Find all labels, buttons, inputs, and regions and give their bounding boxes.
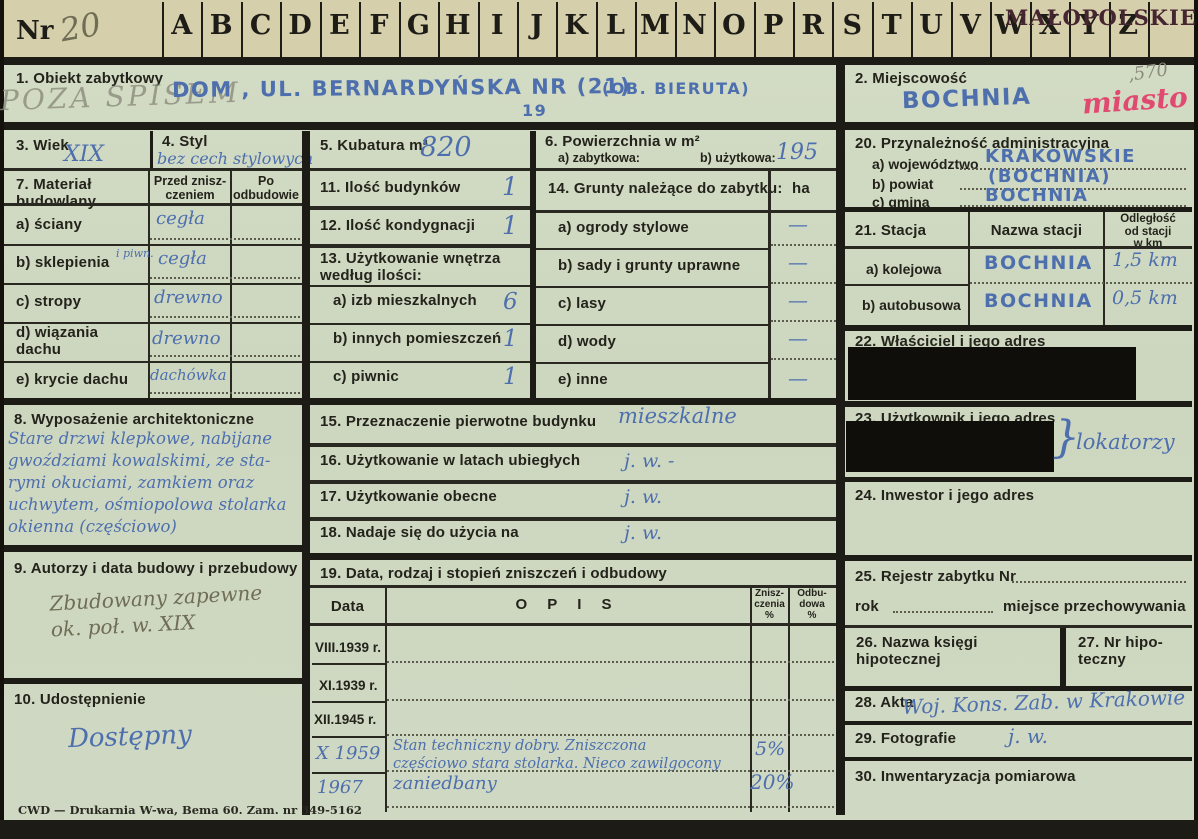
field-14b-value: —	[788, 250, 808, 274]
dotted-line	[150, 355, 300, 357]
field-19-label: 19. Data, rodzaj i stopień zniszczeń i o…	[320, 565, 667, 582]
field-12-value: 1	[502, 211, 518, 240]
dotted-line	[771, 244, 836, 246]
divider	[845, 207, 1192, 212]
dotted-line	[387, 806, 834, 808]
divider	[1060, 628, 1066, 688]
field-29-value: j. w.	[1008, 724, 1048, 748]
field-7a-before: cegła	[156, 208, 205, 229]
divider	[768, 170, 771, 398]
field-20b-value: (BOCHNIA)	[988, 166, 1111, 187]
field-21b-name: BOCHNIA	[984, 290, 1093, 312]
divider	[845, 757, 1192, 761]
dotted-line	[1012, 581, 1186, 583]
dotted-line	[771, 320, 836, 322]
field-14e-label: e) inne	[558, 371, 608, 388]
field-24-label: 24. Inwestor i jego adres	[855, 487, 1034, 504]
field-4-label: 4. Styl	[162, 133, 208, 150]
field-6-label: 6. Powierzchnia w m²	[545, 133, 700, 150]
alphabet-tab-f: F	[359, 10, 398, 41]
field-14d-label: d) wody	[558, 333, 616, 350]
alphabet-tab-c: C	[241, 10, 280, 41]
field-19-row4-pct: 5%	[755, 738, 785, 760]
field-6a-label: a) zabytkowa:	[558, 151, 640, 165]
field-7b-label: b) sklepienia	[16, 254, 109, 271]
field-19-col-data: Data	[312, 598, 383, 615]
divider	[845, 284, 968, 286]
field-19-row2-date: XI.1939 r.	[319, 678, 378, 693]
field-14-label: 14. Grunty należące do zabytku:	[548, 180, 783, 197]
field-25-label: 25. Rejestr zabytku Nr	[855, 568, 1016, 585]
divider	[310, 206, 530, 210]
field-30-label: 30. Inwentaryzacja pomiarowa	[855, 768, 1076, 785]
divider	[836, 64, 845, 815]
dotted-line	[387, 734, 834, 736]
field-14a-label: a) ogrody stylowe	[558, 219, 689, 236]
divider	[310, 480, 836, 484]
field-14e-value: —	[788, 366, 808, 390]
field-19-row5-date: 1967	[317, 777, 363, 798]
alphabet-tab-m: M	[635, 10, 674, 41]
field-20a-value: KRAKOWSKIE	[985, 146, 1136, 167]
divider	[310, 443, 836, 447]
field-18-label: 18. Nadaje się do użycia na	[320, 524, 519, 541]
field-10-value: Dostępny	[68, 720, 193, 754]
field-25-miejsce-label: miejsce przechowywania	[1003, 598, 1186, 615]
scan-bottom-band	[0, 820, 1198, 839]
divider	[536, 286, 768, 288]
alphabet-tab-e: E	[320, 10, 359, 41]
divider	[302, 553, 836, 560]
divider	[845, 325, 1192, 331]
dotted-line	[150, 392, 300, 394]
field-26-label: 26. Nazwa księgi hipotecznej	[856, 634, 1051, 668]
field-13b-label: b) innych pomieszczeń	[333, 330, 501, 347]
field-14c-label: c) lasy	[558, 295, 606, 312]
divider	[312, 736, 385, 738]
field-19-row1-date: VIII.1939 r.	[315, 640, 381, 655]
divider	[536, 324, 768, 326]
divider	[845, 477, 1192, 482]
divider	[1103, 212, 1105, 325]
dotted-line	[150, 277, 300, 279]
redaction-box-user	[846, 421, 1054, 472]
alphabet-tab-i: I	[478, 10, 517, 41]
alphabet-tab-r: R	[793, 10, 832, 41]
field-17-label: 17. Użytkowanie obecne	[320, 488, 497, 505]
dotted-line	[771, 282, 836, 284]
alphabet-tab-n: N	[675, 10, 714, 41]
alphabet-tab-j: J	[517, 10, 556, 41]
divider	[312, 663, 385, 665]
dotted-line	[150, 316, 300, 318]
field-7-col-after: Po odbudowie	[232, 174, 300, 202]
field-15-value: mieszkalne	[618, 404, 737, 428]
field-14b-label: b) sady i grunty uprawne	[558, 257, 740, 274]
field-21a-name: BOCHNIA	[984, 252, 1093, 274]
field-1-value-alt: 19	[522, 101, 547, 120]
field-8-value: Stare drzwi klepkowe, nabijane gwoździam…	[8, 428, 300, 538]
alphabet-tab-d: D	[280, 10, 319, 41]
field-14d-value: —	[788, 326, 808, 350]
field-7c-before: drewno	[154, 287, 223, 308]
field-25-rok-label: rok	[855, 598, 879, 615]
printer-imprint: CWD — Drukarnia W-wa, Bema 60. Zam. nr 3…	[18, 803, 362, 817]
divider	[845, 401, 1192, 407]
field-7e-label: e) krycie dachu	[16, 371, 128, 388]
divider	[530, 131, 536, 400]
field-6b-label: b) użytkowa:	[700, 151, 776, 165]
alphabet-index-tabs: ABCDEFGHIJKLMNOPRSTUVWXYZ	[162, 2, 1152, 57]
field-20b-label: b) powiat	[872, 176, 933, 192]
scanned-monument-record-card: Nr 20 ABCDEFGHIJKLMNOPRSTUVWXYZ MAŁOPOLS…	[0, 0, 1198, 839]
field-27-label: 27. Nr hipo- teczny	[1078, 634, 1163, 668]
field-3-value: XIX	[64, 142, 104, 167]
field-14c-value: —	[788, 288, 808, 312]
field-19-row3-date: XII.1945 r.	[314, 712, 376, 727]
alphabet-tab-u: U	[911, 10, 950, 41]
alphabet-tab-t: T	[872, 10, 911, 41]
divider	[4, 361, 302, 363]
divider	[310, 244, 530, 248]
field-21a-label: a) kolejowa	[866, 261, 941, 277]
field-19-row4-date: X 1959	[316, 743, 380, 764]
field-13b-value: 1	[503, 326, 518, 352]
field-14a-value: —	[788, 212, 808, 236]
field-19-row5-pct: 20%	[750, 770, 794, 794]
field-21a-dist: 1,5 km	[1112, 249, 1178, 271]
field-2-label: 2. Miejscowość	[855, 70, 967, 87]
field-19-row5-desc: zaniedbany	[393, 773, 497, 794]
field-11-value: 1	[502, 172, 518, 201]
field-16-label: 16. Użytkowanie w latach ubiegłych	[320, 452, 580, 469]
divider	[310, 323, 530, 325]
nr-value-handwritten: 20	[57, 5, 104, 49]
field-7e-before: dachówka	[150, 366, 227, 384]
alphabet-tab-b: B	[201, 10, 240, 41]
field-13c-label: c) piwnic	[333, 368, 399, 385]
divider	[845, 555, 1192, 561]
field-19-col-zniszczenia: Znisz- czenia %	[751, 588, 788, 621]
field-17-value: j. w.	[624, 486, 662, 508]
divider	[4, 168, 302, 171]
divider	[536, 248, 768, 250]
divider	[302, 131, 310, 815]
field-4-value: bez cech stylowych	[157, 149, 313, 168]
divider	[310, 517, 836, 521]
alphabet-tab-o: O	[714, 10, 753, 41]
divider	[310, 168, 530, 171]
field-20c-value: BOCHNIA	[985, 185, 1089, 206]
field-5-value: 820	[420, 132, 472, 163]
divider	[845, 625, 1192, 628]
divider	[4, 203, 302, 206]
voivodeship-stamp: MAŁOPOLSKIE	[1005, 5, 1197, 30]
divider	[310, 623, 836, 626]
field-2-value: BOCHNIA	[902, 84, 1032, 114]
divider	[4, 122, 1194, 130]
field-1-value-note: (OB. BIERUTA)	[602, 79, 750, 98]
field-1-value: DOM , UL. BERNARDYŃSKA NR (21)	[172, 74, 631, 102]
field-19-row4-desc: Stan techniczny dobry. Zniszczona części…	[393, 737, 753, 773]
divider	[310, 285, 530, 287]
field-7d-before: drewno	[152, 328, 221, 349]
alphabet-tab-p: P	[754, 10, 793, 41]
divider	[150, 131, 153, 168]
field-21-col-name: Nazwa stacji	[970, 222, 1103, 239]
field-3-label: 3. Wiek	[16, 137, 69, 154]
field-7c-label: c) stropy	[16, 293, 81, 310]
divider	[312, 772, 385, 774]
divider	[4, 283, 302, 285]
alphabet-tab-k: K	[556, 10, 595, 41]
divider	[310, 361, 530, 363]
dotted-line	[387, 699, 834, 701]
field-7-col-before: Przed znisz- czeniem	[150, 174, 230, 202]
nr-label: Nr	[16, 16, 53, 46]
dotted-line	[970, 282, 1192, 284]
field-7a-label: a) ściany	[16, 216, 82, 233]
alphabet-tab-h: H	[438, 10, 477, 41]
divider	[968, 212, 970, 325]
alphabet-tab-l: L	[596, 10, 635, 41]
redaction-box-owner	[848, 347, 1136, 400]
divider	[4, 244, 302, 246]
alphabet-tab-v: V	[951, 10, 990, 41]
field-7b-note: i piwn.	[116, 247, 154, 260]
field-21b-dist: 0,5 km	[1112, 287, 1178, 309]
field-21-label: 21. Stacja	[855, 222, 926, 239]
field-5-label: 5. Kubatura m³	[320, 137, 428, 154]
dotted-line	[150, 238, 300, 240]
divider	[4, 545, 302, 552]
alphabet-tab-g: G	[399, 10, 438, 41]
alphabet-tab-s: S	[832, 10, 871, 41]
dotted-line	[771, 358, 836, 360]
field-13a-value: 6	[503, 289, 518, 315]
field-29-label: 29. Fotografie	[855, 730, 956, 747]
divider	[536, 362, 768, 364]
field-13a-label: a) izb mieszkalnych	[333, 292, 477, 309]
field-18-value: j. w.	[624, 522, 662, 544]
alphabet-tab-a: A	[162, 10, 201, 41]
field-13-label: 13. Użytkowanie wnętrza według ilości:	[320, 250, 501, 284]
field-19-col-odbudowa: Odbu- dowa %	[790, 588, 834, 621]
field-6b-value: 195	[776, 140, 818, 165]
field-13c-value: 1	[503, 364, 518, 390]
divider	[4, 57, 1194, 65]
field-21-col-dist: Odległość od stacji w km	[1106, 213, 1190, 251]
field-23-value: lokatorzy	[1076, 430, 1175, 454]
field-12-label: 12. Ilość kondygnacji	[320, 217, 475, 234]
divider	[312, 701, 385, 703]
divider	[4, 678, 302, 684]
field-11-label: 11. Ilość budynków	[320, 179, 460, 196]
field-19-col-opis: O P I S	[390, 596, 745, 613]
field-21b-label: b) autobusowa	[862, 297, 961, 313]
field-9-label: 9. Autorzy i data budowy i przebudowy	[14, 560, 298, 577]
field-10-label: 10. Udostępnienie	[14, 691, 146, 708]
field-9-value: Zbudowany zapewne ok. poł. w. XIX	[49, 579, 264, 642]
field-16-value: j. w. -	[624, 450, 674, 472]
dotted-line	[387, 661, 834, 663]
field-7b-before: cegła	[158, 248, 207, 269]
field-7d-label: d) wiązania dachu	[16, 324, 98, 358]
divider	[536, 168, 836, 171]
field-14-unit: ha	[792, 180, 810, 197]
dotted-line	[893, 611, 993, 613]
field-15-label: 15. Przeznaczenie pierwotne budynku	[320, 413, 596, 430]
field-8-label: 8. Wyposażenie architektoniczne	[14, 411, 254, 428]
